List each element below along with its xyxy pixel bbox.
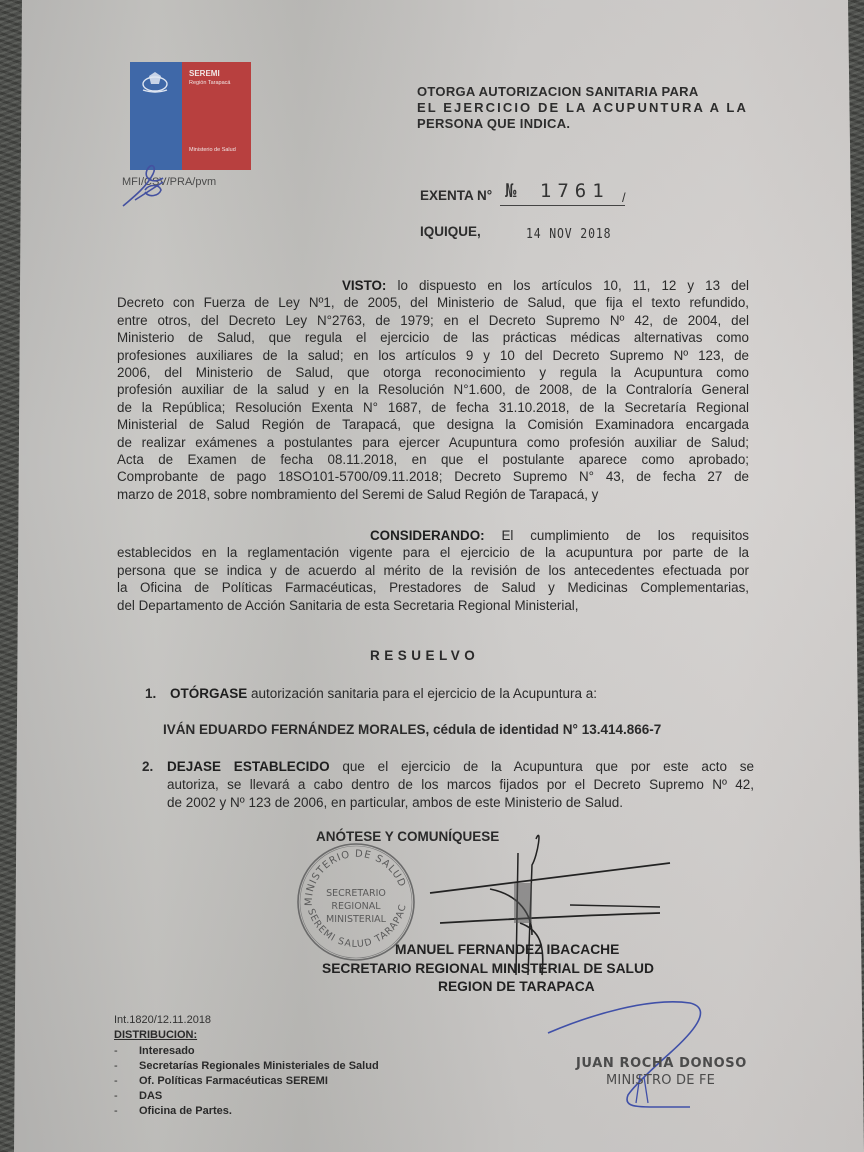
date-stamp: 14 NOV 2018 (526, 226, 611, 242)
heading-line-2: EL EJERCICIO DE LA ACUPUNTURA A LA (417, 100, 748, 116)
seal-center-1: SECRETARIO (326, 888, 386, 899)
distribution-item: -Of. Políticas Farmacéuticas SEREMI (114, 1074, 379, 1089)
item2-line: de 2002 y Nº 123 de 2006, en particular,… (142, 794, 754, 812)
visto-paragraph: VISTO: lo dispuesto en los artículos 10,… (117, 277, 749, 503)
place-label: IQUIQUE, (420, 224, 481, 239)
logo-blue-panel (130, 62, 182, 170)
item-number: 1. (145, 686, 170, 701)
visto-line: marzo de 2018, sobre nombramiento del Se… (117, 486, 749, 503)
person-id-label: , cédula de identidad N° (426, 722, 582, 737)
distribution-item: -Secretarías Regionales Ministeriales de… (114, 1059, 379, 1074)
considerando-line: establecidos en la reglamentación vigent… (117, 544, 749, 561)
exenta-number-stamp: № 1761 (505, 180, 610, 202)
visto-line: de la República; Resolución Exenta N° 16… (117, 399, 749, 416)
authorized-person: IVÁN EDUARDO FERNÁNDEZ MORALES, cédula d… (163, 722, 661, 737)
visto-line: de realizar exámenes a postulantes para … (117, 434, 749, 451)
person-name: IVÁN EDUARDO FERNÁNDEZ MORALES (163, 722, 426, 737)
signatory-name: MANUEL FERNANDEZ IBACACHE (395, 942, 619, 957)
notary-signature-icon (540, 995, 710, 1110)
notary-title: MINISTRO DE FE (606, 1073, 715, 1088)
internal-reference: Int.1820/12.11.2018 (114, 1014, 211, 1026)
item-keyword: DEJASE ESTABLECIDO (167, 759, 330, 774)
visto-label: VISTO: (342, 278, 386, 293)
visto-line: Decreto con Fuerza de Ley Nº1, de 2005, … (117, 294, 749, 311)
visto-line: profesión auxiliar de la salud y en la R… (117, 381, 749, 398)
visto-line: 2006, del Ministerio de Salud, que otorg… (117, 364, 749, 381)
distribution-title: DISTRIBUCION: (114, 1029, 197, 1041)
heading-line-1: OTORGA AUTORIZACION SANITARIA PARA (417, 84, 748, 100)
visto-line: Comprobante de pago 18SO101-5700/09.11.2… (117, 468, 749, 485)
resolution-item-2: 2.DEJASE ESTABLECIDO que el ejercicio de… (142, 758, 754, 812)
item2-line: 2.DEJASE ESTABLECIDO que el ejercicio de… (142, 758, 754, 776)
item-number: 2. (142, 758, 167, 776)
distribution-item: -Oficina de Partes. (114, 1104, 379, 1119)
seal-center-3: MINISTERIAL (326, 914, 387, 925)
considerando-line: persona que se indica y de acuerdo al mé… (117, 562, 749, 579)
seremi-logo: SEREMI Región Tarapacá Ministerio de Sal… (130, 62, 251, 170)
initials-signature-icon (115, 160, 195, 212)
considerando-line: la Oficina de Políticas Farmacéuticas, P… (117, 579, 749, 596)
considerando-line: CONSIDERANDO: El cumplimiento de los req… (117, 527, 749, 544)
visto-line: Ministerial de Salud Región de Tarapacá,… (117, 416, 749, 433)
visto-line: entre otros, del Decreto Ley N°2763, de … (117, 312, 749, 329)
exenta-underline (500, 205, 625, 206)
resolution-item-1: 1.OTÓRGASE autorización sanitaria para e… (145, 686, 597, 701)
notary-name: JUAN ROCHA DONOSO (576, 1056, 747, 1071)
logo-region-text: Región Tarapacá (189, 80, 230, 86)
person-id-number: 13.414.866-7 (582, 722, 662, 737)
seal-center-2: REGIONAL (331, 901, 381, 912)
logo-ministry-text: Ministerio de Salud (189, 147, 249, 154)
considerando-paragraph: CONSIDERANDO: El cumplimiento de los req… (117, 527, 749, 614)
considerando-label: CONSIDERANDO: (370, 528, 485, 543)
considerando-line: del Departamento de Acción Sanitaria de … (117, 597, 749, 614)
visto-line: VISTO: lo dispuesto en los artículos 10,… (117, 277, 749, 294)
distribution-item: -Interesado (114, 1044, 379, 1059)
signatory-title: SECRETARIO REGIONAL MINISTERIAL DE SALUD (322, 961, 654, 976)
distribution-item: -DAS (114, 1089, 379, 1104)
logo-seremi-text: SEREMI (189, 69, 220, 78)
logo-red-panel: SEREMI Región Tarapacá Ministerio de Sal… (182, 62, 251, 170)
exenta-trailing-mark: / (622, 190, 626, 205)
visto-line: profesiones auxiliares de la salud; en l… (117, 347, 749, 364)
resuelvo-title: RESUELVO (370, 648, 479, 663)
document-heading: OTORGA AUTORIZACION SANITARIA PARA EL EJ… (417, 84, 748, 132)
item-keyword: OTÓRGASE (170, 686, 247, 701)
item-text: autorización sanitaria para el ejercicio… (247, 686, 597, 701)
item2-line: autoriza, se llevará a cabo dentro de lo… (142, 776, 754, 794)
heading-line-3: PERSONA QUE INDICA. (417, 116, 748, 132)
distribution-list: -Interesado -Secretarías Regionales Mini… (114, 1044, 379, 1119)
signatory-region: REGION DE TARAPACA (438, 979, 595, 994)
exenta-label: EXENTA N° (420, 188, 492, 203)
visto-line: Ministerio de Salud, que regula el ejerc… (117, 329, 749, 346)
coat-of-arms-icon (139, 70, 171, 94)
visto-line: Acta de Examen de fecha 08.11.2018, en q… (117, 451, 749, 468)
